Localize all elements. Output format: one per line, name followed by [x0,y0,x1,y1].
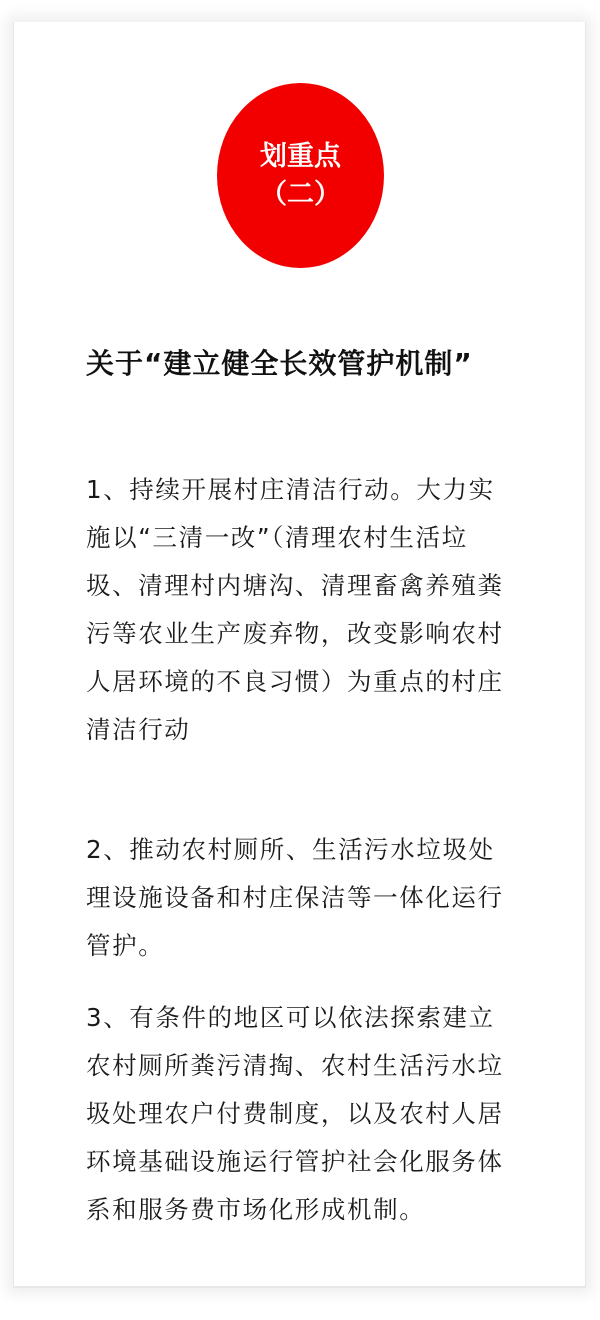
paragraph-line: 施以“三清一改”（清理农村生活垃 [86,514,526,562]
paragraph-1: 1、持续开展村庄清洁行动。大力实 施以“三清一改”（清理农村生活垃 圾、清理村内… [86,466,526,754]
paragraph-line: 农村厕所粪污清掏、农村生活污水垃 [86,1042,526,1090]
paragraph-line: 环境基础设施运行管护社会化服务体 [86,1138,526,1186]
article-card: 划重点 （二） 关于“建立健全长效管护机制” 1、持续开展村庄清洁行动。大力实 … [13,22,586,1288]
badge-subtitle: （二） [260,176,341,214]
paragraph-line: 理设施设备和村庄保洁等一体化运行 [86,874,526,922]
paragraph-line: 1、持续开展村庄清洁行动。大力实 [86,466,526,514]
paragraph-line: 人居环境的不良习惯）为重点的村庄 [86,658,526,706]
paragraph-line: 圾、清理村内塘沟、清理畜禽养殖粪 [86,562,526,610]
paragraph-line: 3、有条件的地区可以依法探索建立 [86,994,526,1042]
paragraph-line: 污等农业生产废弃物，改变影响农村 [86,610,526,658]
paragraph-line: 圾处理农户付费制度，以及农村人居 [86,1090,526,1138]
badge-title: 划重点 [260,138,341,176]
paragraph-2: 2、推动农村厕所、生活污水垃圾处 理设施设备和村庄保洁等一体化运行 管护。 [86,826,526,970]
paragraph-3: 3、有条件的地区可以依法探索建立 农村厕所粪污清掏、农村生活污水垃 圾处理农户付… [86,994,526,1234]
paragraph-line: 系和服务费市场化形成机制。 [86,1186,526,1234]
paragraph-line: 清洁行动 [86,706,526,754]
section-heading: 关于“建立健全长效管护机制” [86,344,526,384]
highlight-badge: 划重点 （二） [217,83,384,268]
paragraph-line: 管护。 [86,922,526,970]
paragraph-line: 2、推动农村厕所、生活污水垃圾处 [86,826,526,874]
